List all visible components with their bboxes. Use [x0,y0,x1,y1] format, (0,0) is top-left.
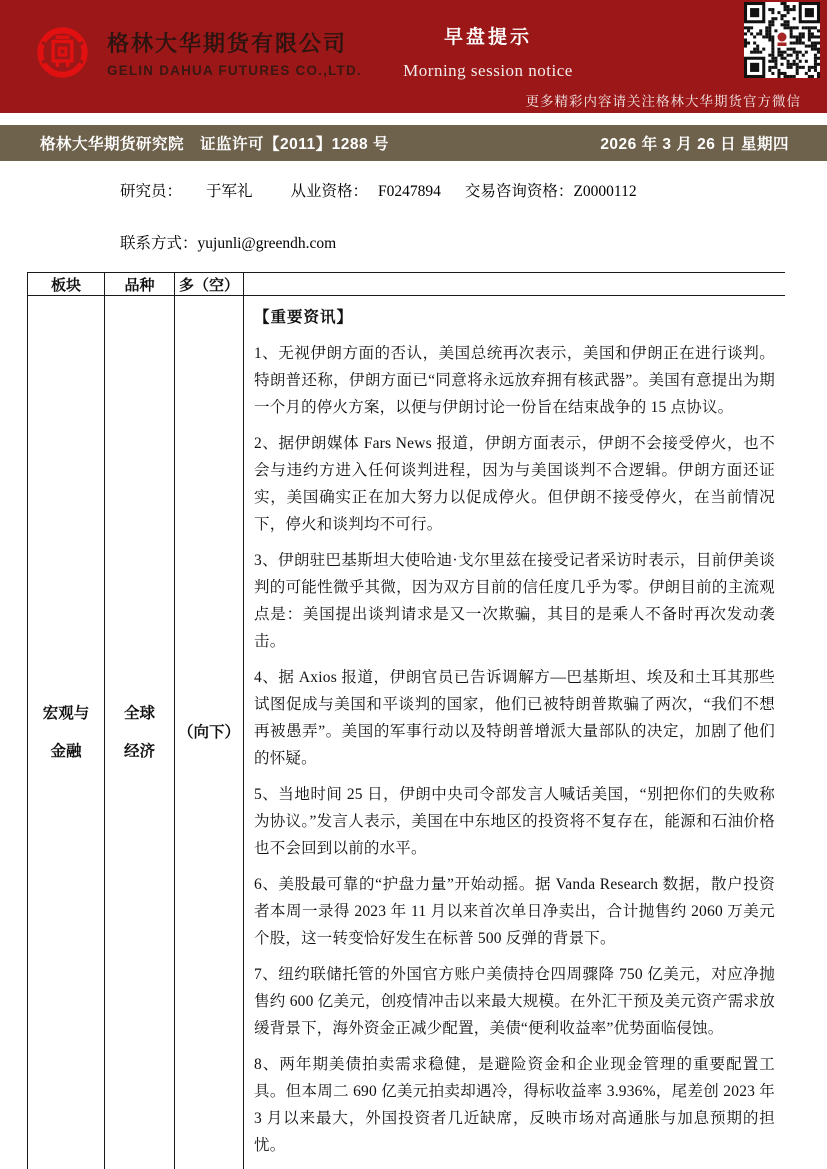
report-title-en: Morning session notice [402,61,574,81]
report-date: 2026 年 3 月 26 日 星期四 [600,132,789,154]
news-item: 1、无视伊朗方面的否认，美国总统再次表示，美国和伊朗正在进行谈判。特朗普还称，伊… [254,340,775,421]
contact-label: 联系方式： [120,235,198,252]
col-header-direction: 多（空） [175,273,244,296]
variety-cell: 全球 经济 [105,296,175,1169]
wechat-qr-code [744,2,820,78]
news-content-cell: 【重要资讯】 1、无视伊朗方面的否认，美国总统再次表示，美国和伊朗正在进行谈判。… [244,296,786,1169]
contact-line: 联系方式：yujunli@greendh.com [120,231,637,253]
sector-cell: 宏观与 金融 [28,296,105,1169]
table-header-row: 板块 品种 多（空） [28,273,786,296]
news-item: 4、据 Axios 报道，伊朗官员已告诉调解方—巴基斯坦、埃及和土耳其那些试图促… [254,664,775,772]
company-name-en: GELIN DAHUA FUTURES CO.,LTD. [107,63,427,78]
wechat-note-text: 更多精彩内容请关注格林大华期货官方微信 [526,90,802,110]
researcher-label: 研究员： [120,183,182,200]
qualification-label: 从业资格： [291,183,369,200]
report-title-block: 早盘提示 Morning session notice [402,22,574,81]
news-item: 3、伊朗驻巴基斯坦大使哈迪·戈尔里兹在接受记者采访时表示，目前伊美谈判的可能性微… [254,547,775,655]
news-item: 5、当地时间 25 日，伊朗中央司令部发言人喊话美国，“别把你们的失败称为协议。… [254,781,775,862]
researcher-block: 研究员：于军礼从业资格：F0247894交易咨询资格：Z0000112 联系方式… [120,179,637,253]
direction-cell: （向下） [175,296,244,1169]
table-row: 宏观与 金融 全球 经济 （向下） 【重要资讯】 1、无视伊朗方面的否认，美国总… [28,296,786,1169]
wechat-qr-icon [744,2,820,78]
morning-report-page: 格林大华期货有限公司 GELIN DAHUA FUTURES CO.,LTD. … [0,0,827,1169]
news-item: 6、美股最可靠的“护盘力量”开始动摇。据 Vanda Research 数据，散… [254,871,775,952]
news-item: 8、两年期美债拍卖需求稳健，是避险资金和企业现金管理的重要配置工具。但本周二 6… [254,1051,775,1159]
news-section-title: 【重要资讯】 [254,305,775,327]
researcher-line: 研究员：于军礼从业资格：F0247894交易咨询资格：Z0000112 [120,179,637,201]
news-item: 7、纽约联储托管的外国官方账户美债持仓四周骤降 750 亿美元，对应净抛售约 6… [254,961,775,1042]
report-title-cn: 早盘提示 [402,22,574,49]
institute-license-text: 格林大华期货研究院 证监许可【2011】1288 号 [40,132,389,154]
researcher-name: 于军礼 [206,183,253,200]
contact-email: yujunli@greendh.com [198,235,337,252]
masthead-band: 格林大华期货有限公司 GELIN DAHUA FUTURES CO.,LTD. … [0,0,827,113]
info-bar: 格林大华期货研究院 证监许可【2011】1288 号 2026 年 3 月 26… [0,125,827,161]
company-name-cn: 格林大华期货有限公司 [107,27,427,58]
col-header-variety: 品种 [105,273,175,296]
advisory-label: 交易咨询资格： [465,183,574,200]
qualification-number: F0247894 [378,183,441,200]
brand-text: 格林大华期货有限公司 GELIN DAHUA FUTURES CO.,LTD. [107,27,427,78]
report-table: 板块 品种 多（空） 宏观与 金融 全球 经济 （向下） [27,272,785,1169]
company-seal-icon [37,27,88,78]
col-header-sector: 板块 [28,273,105,296]
news-item: 2、据伊朗媒体 Fars News 报道，伊朗方面表示，伊朗不会接受停火，也不会… [254,430,775,538]
advisory-number: Z0000112 [573,183,636,200]
col-header-content [244,273,786,296]
